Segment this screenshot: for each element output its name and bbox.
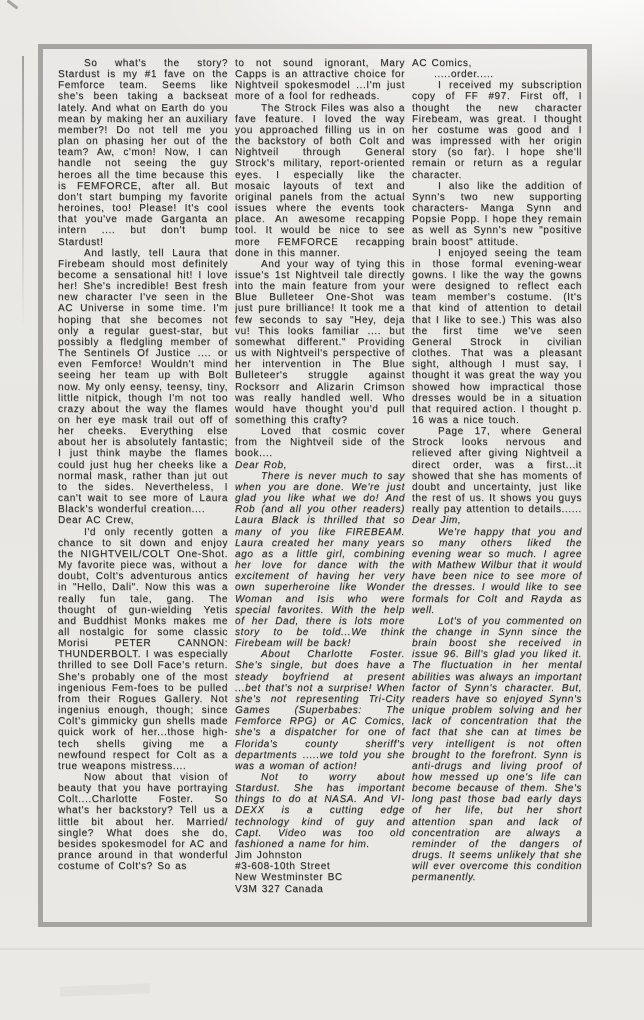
address-line: New Westminster BC — [235, 872, 405, 883]
letter-salutation: Dear AC Crew, — [58, 515, 228, 526]
reply-paragraph: About Charlotte Foster. She's single, bu… — [235, 649, 405, 772]
letter-paragraph: Page 17, where General Strock looks nerv… — [412, 426, 582, 515]
letter-paragraph: The Strock Files was also a fave feature… — [235, 103, 405, 259]
letter-salutation: AC Comics, — [412, 58, 582, 69]
reply-paragraph: We're happy that you and so many others … — [412, 527, 582, 616]
letter-paragraph: I enjoyed seeing the team in those forma… — [412, 248, 582, 427]
scan-artifact — [22, 56, 24, 326]
scan-artifact — [60, 983, 150, 996]
letter-paragraph: I received my subscription copy of FF #9… — [412, 80, 582, 180]
letter-paragraph: to not sound ignorant, Mary Capps is an … — [235, 58, 405, 103]
address-line: #3-608-10th Street — [235, 861, 405, 872]
reply-paragraph: Not to worry about Stardust. She has imp… — [235, 772, 405, 850]
reply-salutation: Dear Jim, — [412, 515, 582, 526]
scan-artifact — [0, 948, 644, 950]
letters-column-3: AC Comics, .....order..... I received my… — [412, 58, 582, 914]
scan-artifact — [6, 0, 18, 10]
letter-line: .....order..... — [412, 69, 582, 80]
letter-paragraph: And lastly, tell Laura that Firebeam sho… — [58, 248, 228, 516]
address-line: Jim Johnston — [235, 850, 405, 861]
reply-paragraph: Lot's of you commented on the change in … — [412, 616, 582, 884]
address-line: V3M 327 Canada — [235, 884, 405, 895]
letter-paragraph: Now about that vision of beauty that you… — [58, 772, 228, 872]
reply-salutation: Dear Rob, — [235, 460, 405, 471]
letters-column-2: to not sound ignorant, Mary Capps is an … — [235, 58, 405, 914]
letter-paragraph: And your way of tying this issue's 1st N… — [235, 259, 405, 426]
letters-frame: So what's the story? Stardust is my #1 f… — [38, 44, 592, 927]
scanned-letters-page: So what's the story? Stardust is my #1 f… — [0, 0, 644, 1020]
letter-paragraph: Loved that cosmic cover from the Nightve… — [235, 426, 405, 459]
letter-paragraph: I also like the addition of Synn's two n… — [412, 181, 582, 248]
letters-column-1: So what's the story? Stardust is my #1 f… — [58, 58, 228, 914]
letter-paragraph: I'd only recently gotten a chance to sit… — [58, 527, 228, 772]
letter-paragraph: So what's the story? Stardust is my #1 f… — [58, 58, 228, 248]
reply-paragraph: There is never much to say when you are … — [235, 471, 405, 650]
